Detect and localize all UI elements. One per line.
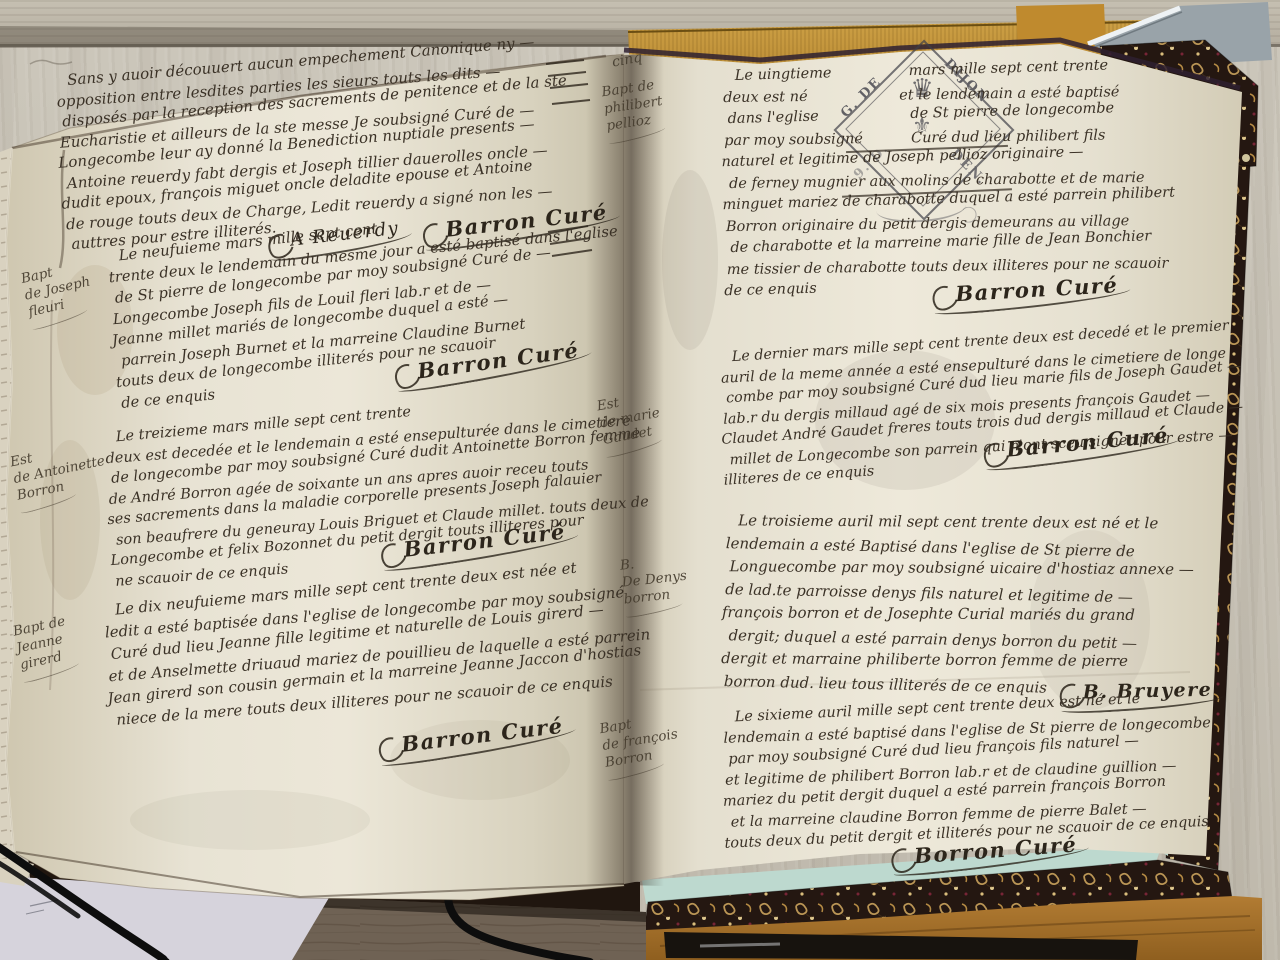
manuscript-line: dergit et marraine philiberte borron fem…: [721, 647, 1236, 674]
margin-note: Bapt de françois Borron: [598, 709, 683, 779]
register-entry-baptism: Bapt de françois Borron Le sixieme auril…: [619, 688, 1234, 858]
entry-text: Le sixieme auril mille sept cent trente …: [719, 688, 1234, 854]
manuscript-line: Longuecombe par moy soubsigné uicaire d'…: [729, 555, 1237, 582]
margin-note: Bapt de Jeanne girerd: [12, 612, 81, 682]
margin-note: Est de Antoinette Borron: [9, 436, 112, 512]
margin-note: B. De Denys borron: [619, 551, 690, 617]
margin-note: Est de marie Gaudet: [596, 388, 666, 457]
margin-note: Bapt de philibert pellioz: [601, 76, 668, 143]
manuscript-line: françois borron et de Josephte Curial ma…: [722, 601, 1237, 628]
entry-text: Le dernier mars mille sept cent trente d…: [716, 319, 1248, 492]
signature-row: Barron Curé: [947, 277, 1126, 302]
margin-note: Bapt de Joseph fleuri: [19, 257, 97, 329]
entry-text: Le uingtieme mars mille sept cent trente…: [720, 56, 1231, 303]
register-entry-baptism: Bapt de philibert pellioz Le uingtieme m…: [618, 56, 1231, 305]
entry-text: Le troisieme auril mil sept cent trente …: [721, 509, 1239, 700]
register-entry-baptism: B. De Denys borron Le troisieme auril mi…: [621, 508, 1239, 701]
manuscript-line: Le troisieme auril mil sept cent trente …: [738, 509, 1238, 535]
photograph-of-open-register: ♛ ⚜ G. DE DIJON DEN. 9. D. cinq Sans y a…: [0, 0, 1280, 960]
